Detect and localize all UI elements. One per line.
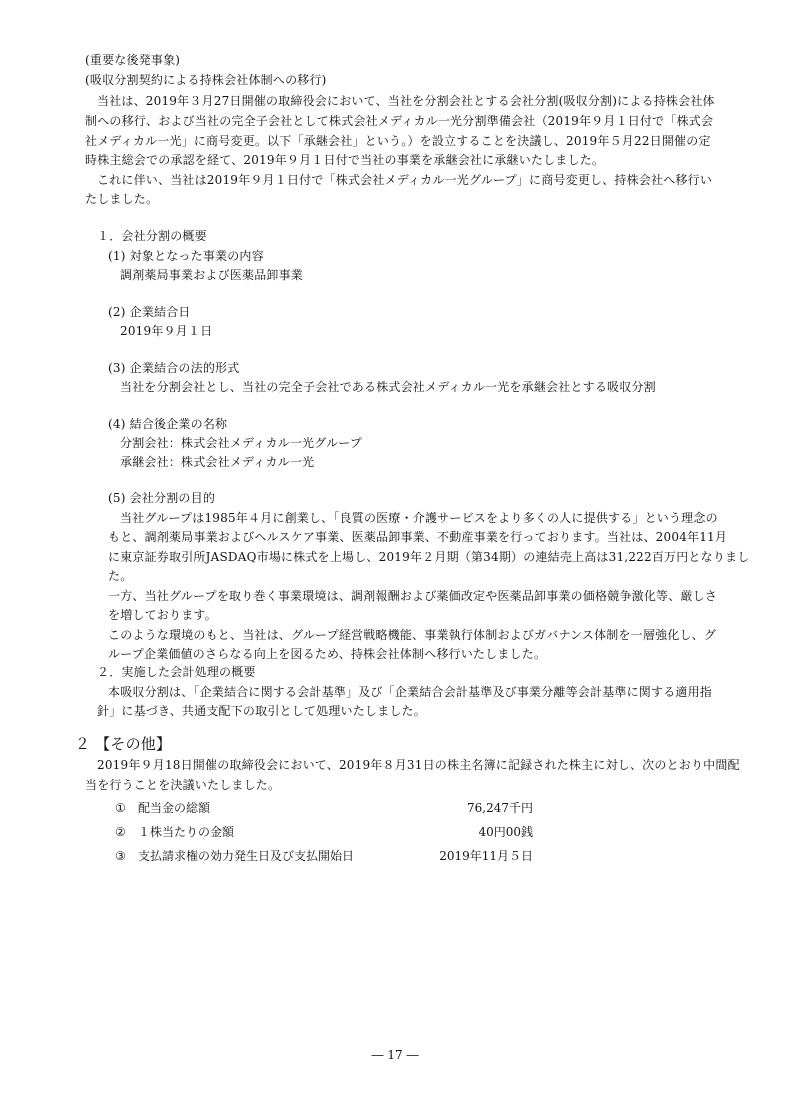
other-heading: ２ 【その他】 (75, 735, 171, 753)
other-text: 当を行うことを決議いたしました。 (85, 777, 280, 793)
item-label: (1) 対象となった事業の内容 (108, 248, 264, 264)
item-label: (5) 会社分割の目的 (108, 490, 215, 506)
item-text: た。 (108, 568, 132, 584)
dividend-label: 支払請求権の効力発生日及び支払開始日 (138, 848, 354, 864)
item-text: もと、調剤薬局事業およびヘルスケア事業、医薬品卸事業、不動産事業を行っております… (108, 529, 727, 545)
dividend-mark: ③ (115, 848, 126, 864)
paragraph-line: 社メディカル一光」に商号変更。以下「承継会社」という。）を設立することを決議し、… (85, 133, 711, 149)
paragraph-line: 時株主総会での承認を経て、2019年９月１日付で当社の事業を承継会社に承継いたし… (85, 152, 604, 168)
dividend-label: １株当たりの金額 (138, 824, 234, 840)
dividend-value: 40円00銭 (380, 824, 533, 840)
item-label: (4) 結合後企業の名称 (108, 416, 227, 432)
item-text: 分割会社：株式会社メディカル一光グループ (120, 435, 362, 451)
subsequent-events-subheading: (吸収分割契約による持株会社体制への移行) (85, 72, 327, 88)
item-text: 当社グループは1985年４月に創業し、「良質の医療・介護サービスをより多くの人に… (120, 510, 718, 526)
paragraph-line: これに伴い、当社は2019年９月１日付で「株式会社メディカル一光グループ」に商号… (97, 172, 712, 188)
item-label: (3) 企業結合の法的形式 (108, 360, 239, 376)
dividend-mark: ② (115, 824, 126, 840)
subsequent-events-heading: (重要な後発事象) (85, 52, 180, 68)
item-text: 承継会社：株式会社メディカル一光 (120, 454, 314, 470)
section2-text: 針」に基づき、共通支配下の取引として処理いたしました。 (97, 703, 426, 719)
item-text: 当社を分割会社とし、当社の完全子会社である株式会社メディカル一光を承継会社とする… (120, 379, 656, 395)
dividend-mark: ① (115, 800, 126, 816)
item-text: を増しております。 (108, 607, 217, 623)
section1-title: １．会社分割の概要 (97, 228, 207, 244)
paragraph-line: 制への移行、および当社の完全子会社として株式会社メディカル一光分割準備会社（20… (85, 113, 713, 129)
item-text: ループ企業価値のさらなる向上を図るため、持株会社体制へ移行いたしました。 (108, 646, 546, 662)
item-text: 2019年９月１日 (120, 323, 212, 339)
dividend-value: 2019年11月５日 (380, 848, 533, 864)
item-label: (2) 企業結合日 (108, 304, 191, 320)
paragraph-line: 当社は、2019年３月27日開催の取締役会において、当社を分割会社とする会社分割… (97, 93, 715, 109)
dividend-label: 配当金の総額 (138, 800, 210, 816)
section2-text: 本吸収分割は、「企業結合に関する会計基準」及び「企業結合会計基準及び事業分離等会… (108, 684, 712, 700)
item-text: に東京証券取引所JASDAQ市場に株式を上場し、2019年２月期（第34期）の連… (108, 549, 749, 565)
page-number: ― 17 ― (0, 1048, 790, 1062)
paragraph-line: たしました。 (85, 191, 158, 207)
item-text: このような環境のもと、当社は、グループ経営戦略機能、事業執行体制およびガバナンス… (108, 627, 716, 643)
document-page: (重要な後発事象) (吸収分割契約による持株会社体制への移行) 当社は、2019… (0, 0, 790, 1118)
item-text: 調剤薬局事業および医薬品卸事業 (120, 267, 303, 283)
section2-title: ２．実施した会計処理の概要 (97, 664, 256, 680)
item-text: 一方、当社グループを取り巻く事業環境は、調剤報酬および薬価改定や医薬品卸事業の価… (108, 588, 717, 604)
other-text: 2019年９月18日開催の取締役会において、2019年８月31日の株主名簿に記録… (97, 757, 740, 773)
dividend-value: 76,247千円 (380, 800, 533, 816)
